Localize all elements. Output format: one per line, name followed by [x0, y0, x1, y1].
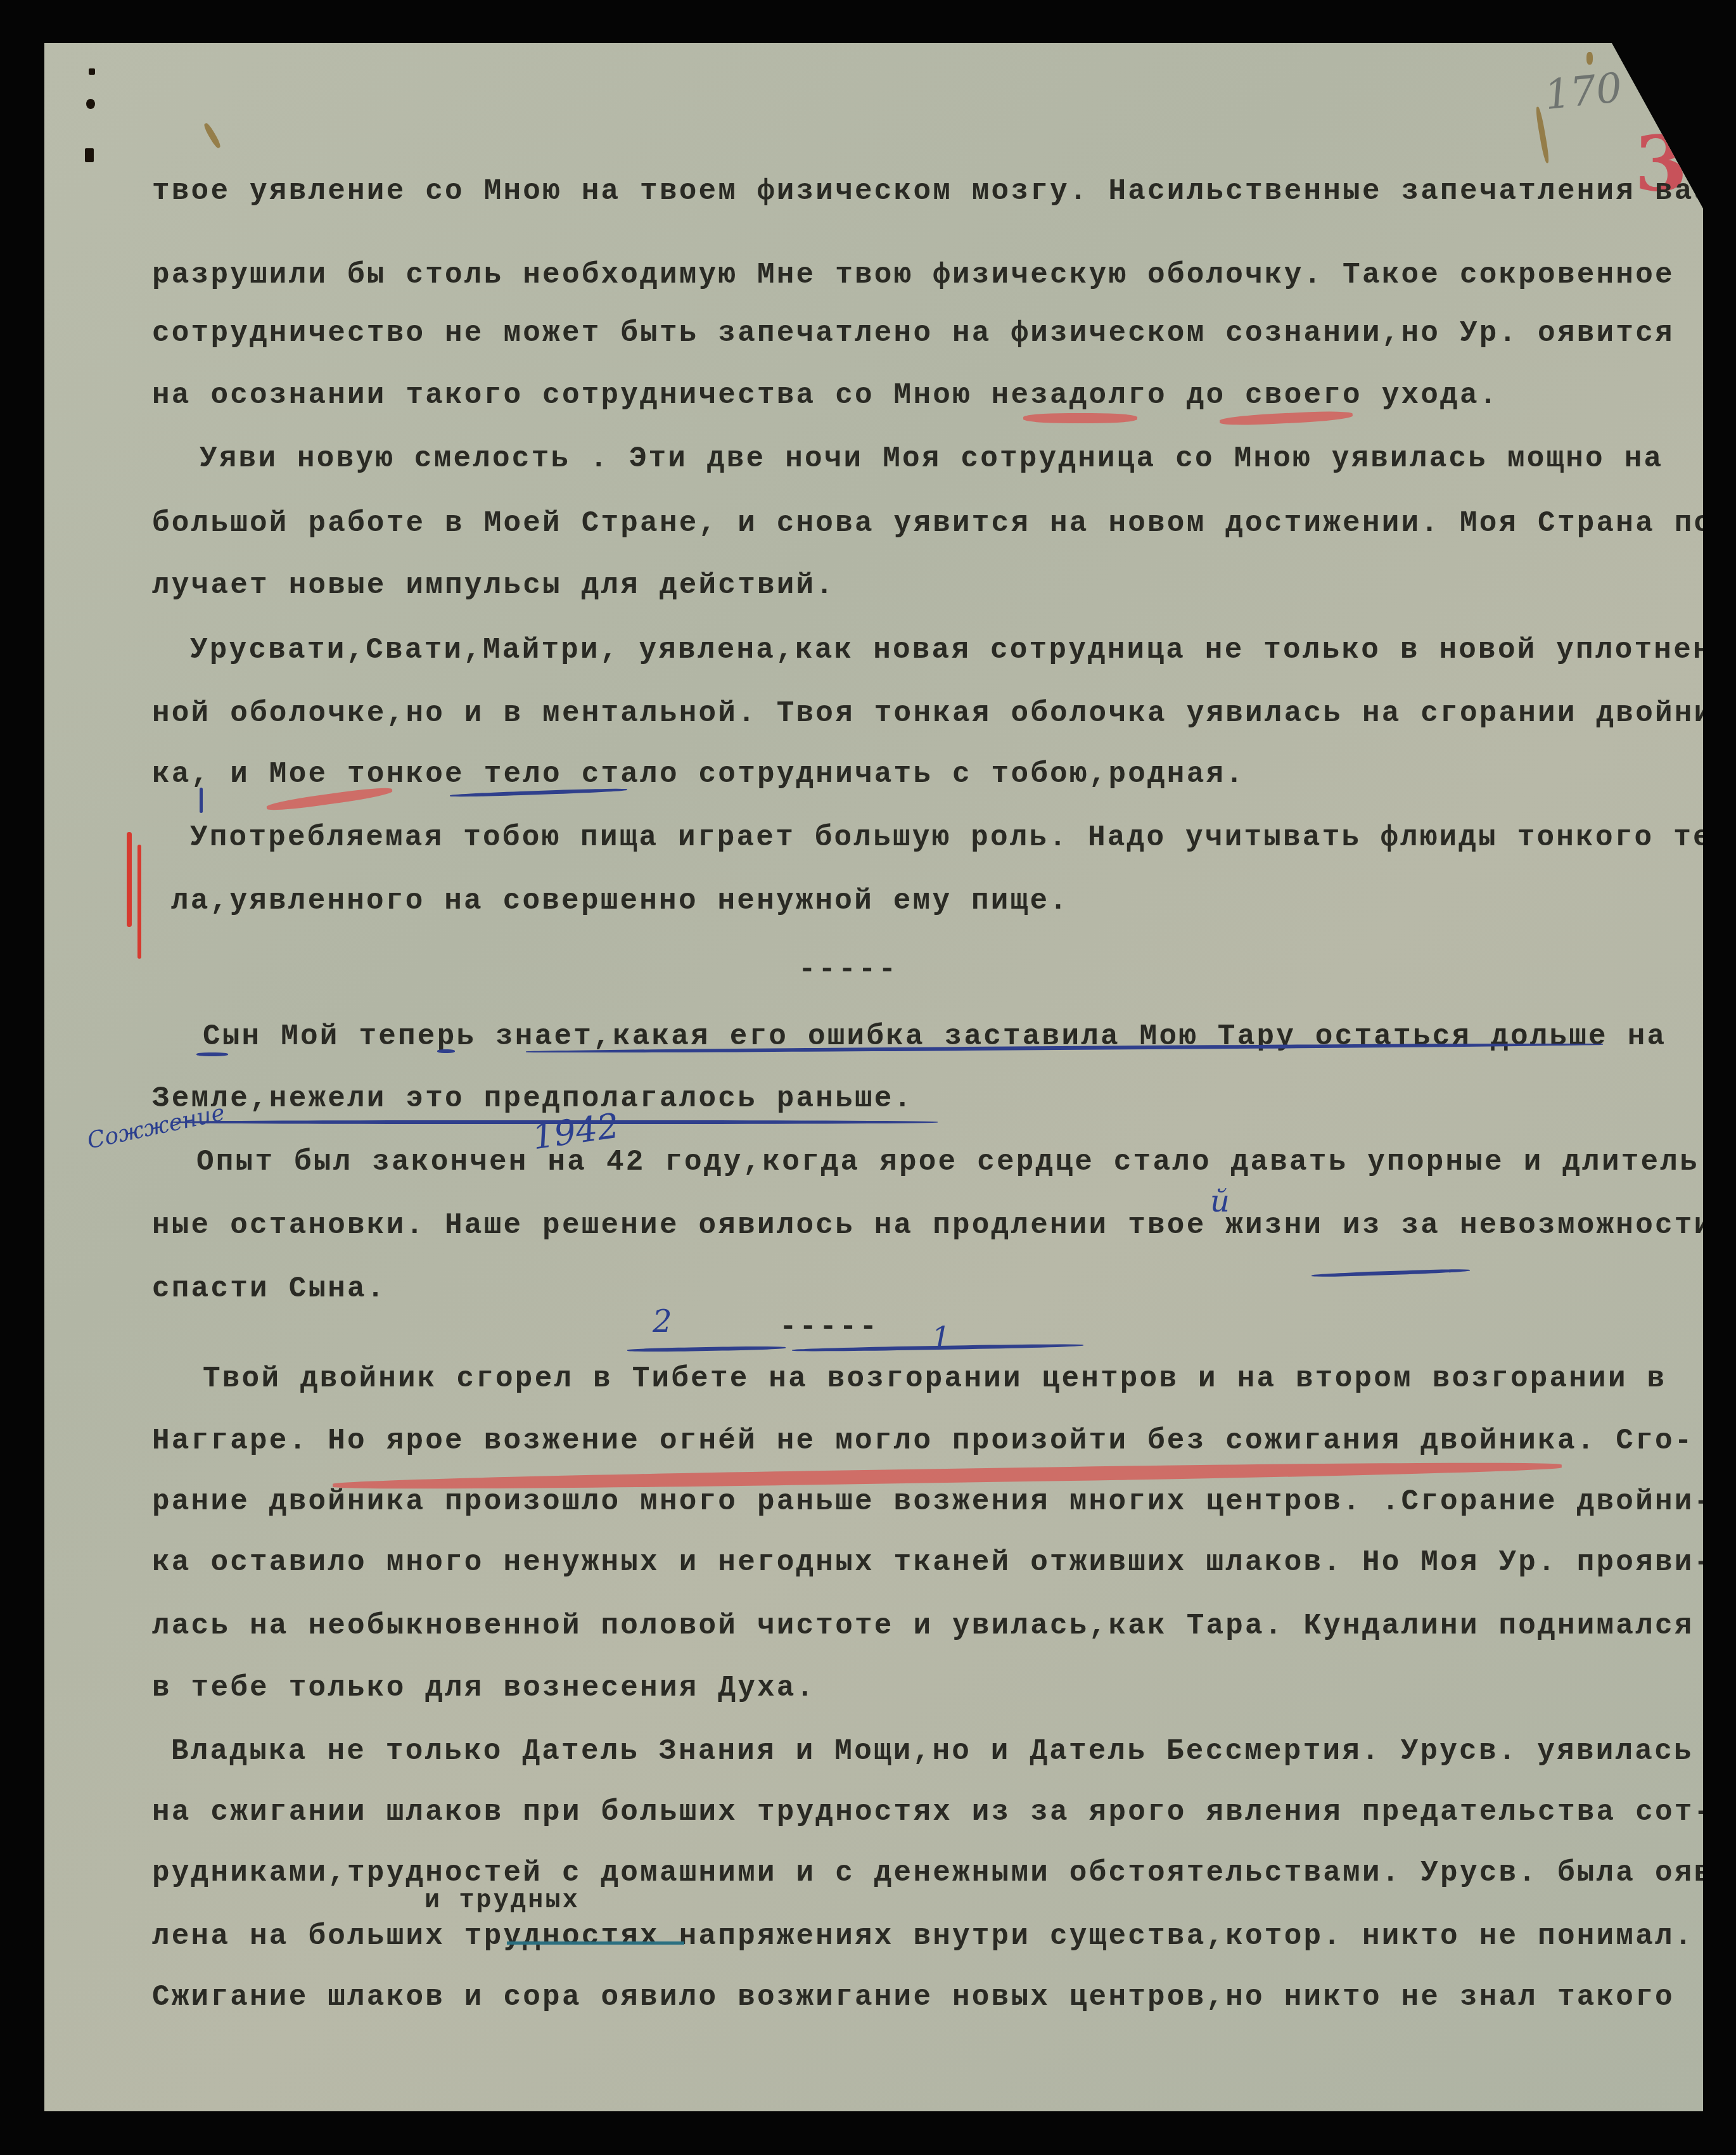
- typed-insert: и трудных: [424, 1887, 580, 1915]
- text-line: на осознании такого сотрудничества со Мн…: [152, 379, 1499, 412]
- text-line: Опыт был закончен на 42 году,когда ярое …: [196, 1146, 1719, 1179]
- text-line: Владыка не только Датель Знания и Мощи,н…: [171, 1735, 1694, 1768]
- text-line: Наггаре. Но ярое возжение огнéй не могло…: [152, 1424, 1694, 1457]
- blue-underline: [171, 1120, 938, 1124]
- text-line: лучает новые импульсы для действий.: [152, 569, 835, 602]
- text-line: на сжигании шлаков при больших трудностя…: [152, 1796, 1713, 1829]
- text-line: твое уявление со Мною на твоем физическо…: [152, 175, 1713, 208]
- binder-hole: [85, 148, 94, 162]
- text-line: рудниками,трудностей с домашними и с ден…: [152, 1857, 1733, 1890]
- text-line: ка оставило много ненужных и негодных тк…: [152, 1546, 1713, 1579]
- red-underline: [1023, 413, 1137, 423]
- text-line: лась на необыкновенной половой чистоте и…: [152, 1609, 1694, 1642]
- blue-underline: [196, 1052, 228, 1056]
- red-margin-mark: [127, 832, 132, 927]
- text-line: большой работе в Моей Стране, и снова уя…: [152, 507, 1733, 540]
- text-line: в тебе только для вознесения Духа.: [152, 1672, 815, 1704]
- text-line: ной оболочке,но и в ментальной. Твоя тон…: [152, 697, 1733, 730]
- section-separator: -----: [798, 953, 898, 986]
- text-line: Твой двойник сгорел в Тибете на возгоран…: [203, 1362, 1666, 1395]
- folio-number: 170: [1542, 65, 1624, 119]
- blue-brace: [627, 1346, 786, 1352]
- blue-underline: [437, 1049, 455, 1053]
- text-line: ные остановки. Наше решение оявилось на …: [152, 1209, 1713, 1242]
- ink-stain: [1586, 52, 1593, 65]
- text-line: Уяви новую смелость . Эти две ночи Моя с…: [200, 442, 1663, 475]
- insertion-mark: й: [1210, 1184, 1230, 1219]
- red-margin-mark: [137, 845, 141, 959]
- text-line: сотрудничество не может быть запечатлено…: [152, 317, 1675, 350]
- ink-stain: [203, 122, 222, 149]
- text-line: ла,уявленного на совершенно ненужной ему…: [171, 885, 1069, 918]
- text-line: Употребляемая тобою пища играет большую …: [190, 821, 1732, 854]
- text-line: разрушили бы столь необходимую Мне твою …: [152, 259, 1675, 291]
- binder-hole: [86, 99, 95, 109]
- text-line: Сжигание шлаков и сора оявило возжигание…: [152, 1981, 1675, 2014]
- text-line: Урусвати,Свати,Майтри, уявлена,как новая…: [190, 634, 1732, 667]
- text-line: спасти Сына.: [152, 1272, 386, 1305]
- red-underline: [1220, 410, 1353, 427]
- blue-underline: [1312, 1269, 1470, 1278]
- numeral-annotation: 1: [931, 1320, 951, 1356]
- document-page: 170 3 твое уявление со Мною на твоем физ…: [44, 43, 1703, 2111]
- text-line: ка, и Мое тонкое тело стало сотрудничать…: [152, 758, 1245, 791]
- section-separator: -----: [779, 1310, 879, 1343]
- binder-hole: [89, 68, 95, 75]
- strikethrough: [507, 1941, 684, 1945]
- numeral-annotation: 2: [653, 1304, 672, 1340]
- text-line: Земле,нежели это предполагалось раньше.: [152, 1082, 913, 1115]
- text-line: лена на больших трудностях напряжениях в…: [152, 1920, 1694, 1953]
- blue-margin-mark: [200, 788, 203, 813]
- text-line: рание двойника произошло много раньше во…: [152, 1485, 1713, 1518]
